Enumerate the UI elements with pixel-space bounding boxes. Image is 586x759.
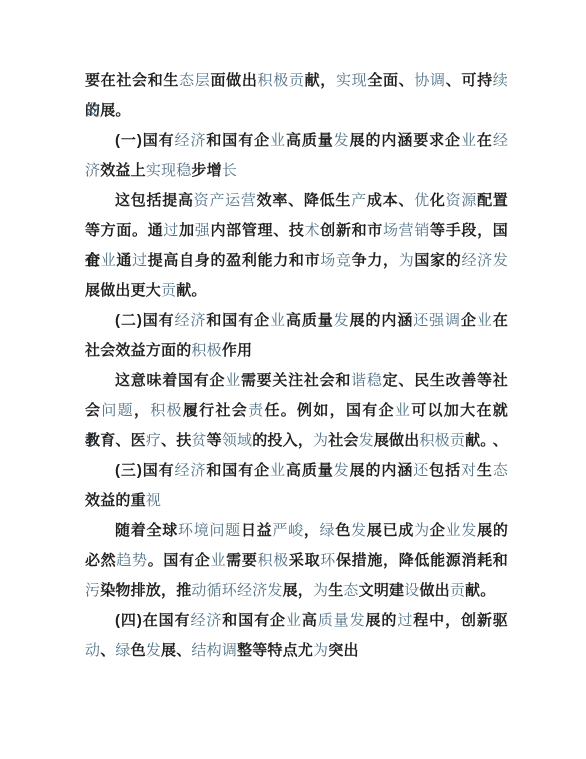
text-segment: 经济 [175,312,207,329]
text-segment: 态层 [179,72,210,89]
text-segment: 在 [477,132,493,149]
text-segment: 绿 [115,642,130,659]
text-segment: 设 [404,582,419,599]
text-segment: 经济 [175,462,207,479]
text-segment: 业 [270,462,286,479]
text-segment: 效率、降低生 [257,192,351,209]
section-heading: (三)国有经济和国有企业高质量发展的内涵还包括对生态效益的重视 [85,456,508,516]
text-segment: 定、民生改善等社 [383,372,508,389]
text-segment: 资产运营 [194,192,257,209]
text-segment: 发 [334,462,350,479]
text-segment: 动循环经济发 [191,582,282,599]
text-segment: 会 [85,402,101,419]
text-segment: ， [134,402,150,419]
text-segment: 全面、 [367,72,414,89]
text-segment: 发 [146,642,161,659]
text-segment: 过 [132,252,148,269]
text-segment: 做出 [419,582,449,599]
text-segment: 术 [305,222,321,239]
text-segment: 等方面。通 [85,222,163,239]
text-segment: 业 [477,312,493,329]
text-segment: 业 [395,402,411,419]
text-segment: 社会 [328,432,358,449]
text-line: 必然趋势。国有企业需要积极采取环保措施，降低能源消耗和 [85,546,508,576]
text-segment: 色 [335,522,351,539]
text-line: (二)国有经济和国有企业高质量发展的内涵还强调企业在 [85,306,508,336]
text-segment: 可以加大在就 [411,402,508,419]
text-segment: 必然 [85,552,116,569]
text-segment: 提高自身的盈利能力和市 [148,252,321,269]
text-segment: 积极贡 [419,432,465,449]
text-segment: 效益上 [100,162,146,179]
text-segment: 履行社会 [183,402,248,419]
text-segment: 业发 [446,522,477,539]
text-segment: 随着全球 [115,522,178,539]
text-segment: 展， [283,582,313,599]
text-segment: 国家的 [414,252,461,269]
text-segment: 长 [222,162,237,179]
text-segment: 需要 [226,552,257,569]
text-segment: 还 [413,462,429,479]
text-segment: 等 [207,432,222,449]
text-segment: 业 [270,312,286,329]
text-segment: 疗 [146,432,161,449]
text-segment: 发 [334,132,350,149]
text-segment: 领域 [222,432,252,449]
text-segment: 高 [302,612,318,629]
text-segment: 经 [493,132,508,149]
text-segment: 态 [493,462,508,479]
text-segment: 经济 [190,612,222,629]
text-segment: 展做出更大 [85,282,161,299]
text-segment: 业 [225,372,241,389]
text-segment: 趋势 [116,552,147,569]
text-segment: 产 [351,192,367,209]
text-segment: 作用 [222,342,252,359]
text-segment: 高质量 [286,462,334,479]
text-segment: 任。例如，国有企 [264,402,394,419]
text-segment: 高质量 [286,132,334,149]
text-segment: 企 [85,252,101,269]
text-segment: 态 [343,582,358,599]
text-segment: 为 [313,432,328,449]
text-segment: 染物排放，推 [100,582,191,599]
text-line: 社会效益方面的积极作用 [85,336,508,366]
text-segment: 文明建 [359,582,405,599]
text-segment: 献， [305,72,336,89]
text-segment: 采取 [289,552,320,569]
body-paragraph: 随着全球环境问题日益严峻，绿色发展已成为企业发展的必然趋势。国有企业需要积极采取… [85,516,508,606]
text-segment: 企 [461,312,477,329]
text-segment: 加 [179,222,195,239]
text-segment: 贡 [450,582,465,599]
text-segment: 展的 [366,612,398,629]
text-segment: 济 [85,162,100,179]
text-segment: 教育、医 [85,432,146,449]
text-segment: 的投入， [252,432,313,449]
text-segment: 发 [85,102,100,119]
text-segment: 积极 [150,402,183,419]
text-segment: 和国有企 [206,462,270,479]
text-segment: 献。 [465,432,495,449]
text-segment: 化 [430,192,446,209]
text-segment: 问题 [101,402,134,419]
text-segment: 、 [100,642,115,659]
text-segment: 强 [195,222,211,239]
text-segment: 质量发 [318,612,366,629]
text-segment: 企 [430,522,446,539]
text-segment: 经济 [175,132,207,149]
text-segment: 积极 [258,552,289,569]
text-segment: 在 [493,312,508,329]
text-segment: 需要关注社会和 [241,372,351,389]
text-segment: 发 [334,312,350,329]
text-line: 教育、医疗、扶贫等领域的投入，为社会发展做出积极贡献。 [85,426,508,456]
text-segment: (四)在国有 [115,612,190,629]
text-segment: 发 [359,432,374,449]
text-segment: 积极贡 [258,72,305,89]
text-segment: 积极 [191,342,221,359]
text-line: 随着全球环境问题日益严峻，绿色发展已成为企业发展的 [85,516,508,546]
text-segment: 色 [131,642,146,659]
text-line: 发展。 [85,96,508,126]
section-heading: (一)国有经济和国有企业高质量发展的内涵要求企业在经济效益上实现稳步增长 [85,126,508,186]
text-line: 会问题，积极履行社会责任。例如，国有企业可以加大在就业、 [85,396,508,426]
text-segment: 严峻 [272,522,303,539]
body-paragraph: 这包括提高资产运营效率、降低生产成本、优化资源配置等方面。通过加强内部管理、技术… [85,186,508,306]
text-segment: 污 [85,582,100,599]
text-segment: 为 [414,522,430,539]
text-segment: 献。 [465,582,495,599]
text-segment: 、可持 [446,72,493,89]
text-segment: 面做出 [210,72,257,89]
text-line: 要在社会和生态层面做出积极贡献，实现全面、协调、可持续的 [85,66,508,96]
text-segment: 业 [270,132,286,149]
text-segment: 内部管理、技 [210,222,304,239]
text-segment: 这包括提高 [115,192,194,209]
text-segment: 成本、 [367,192,414,209]
text-segment: 程中，创新驱 [413,612,508,629]
text-segment: 经济发 [461,252,508,269]
text-segment: 为 [399,252,415,269]
text-segment: 视 [146,492,161,509]
text-segment: 和国有企 [222,612,286,629]
text-line: (三)国有经济和国有企业高质量发展的内涵还包括对生态 [85,456,508,486]
text-segment: 为 [313,642,328,659]
text-segment: 展。 [100,102,130,119]
text-segment: 通 [116,252,132,269]
text-line: 这包括提高资产运营效率、降低生产成本、优化资源配置 [85,186,508,216]
text-segment: 场竞 [320,252,351,269]
text-segment: 贫 [191,432,206,449]
text-line: 企业通过提高自身的盈利能力和市场竞争力，为国家的经济发 [85,246,508,276]
text-segment: 结构调 [191,642,237,659]
text-segment: 效益的重 [85,492,146,509]
text-line: (四)在国有经济和国有企业高质量发展的过程中，创新驱 [85,606,508,636]
text-segment: 要在社会和生 [85,72,179,89]
text-segment: 业 [461,132,477,149]
body-paragraph: 这意味着国有企业需要关注社会和谐稳定、民生改善等社会问题，积极履行社会责任。例如… [85,366,508,456]
text-segment: 社会效益方面的 [85,342,191,359]
text-segment: 展的内涵要求企 [350,132,461,149]
text-segment: 展的 [477,522,508,539]
text-line: 等方面。通过加强内部管理、技术创新和市场营销等手段，国有 [85,216,508,246]
text-segment: 献。 [176,282,206,299]
text-segment: 贡 [161,282,176,299]
text-segment: 业 [210,552,226,569]
document-page: 要在社会和生态层面做出积极贡献，实现全面、协调、可持续的发展。(一)国有经济和国… [0,0,586,759]
text-segment: (三)国有 [115,462,175,479]
text-segment: ， [304,522,320,539]
text-line: 效益的重视 [85,486,508,516]
text-segment: 突出 [328,642,358,659]
text-segment: 配置 [477,192,508,209]
text-segment: 。国有企 [148,552,211,569]
text-line: 这意味着国有企业需要关注社会和谐稳定、民生改善等社 [85,366,508,396]
text-segment: 高质量 [286,312,334,329]
text-segment: 协调 [414,72,445,89]
text-segment: 场营销 [383,222,430,239]
text-segment: 对 [461,462,477,479]
text-segment: 过 [163,222,179,239]
text-segment: 绿 [320,522,336,539]
text-segment: 资源 [446,192,477,209]
text-segment: 续 [493,72,508,89]
text-segment: 展、 [161,642,191,659]
text-segment: 实现稳 [146,162,192,179]
text-segment: 生 [328,582,343,599]
text-segment: 为 [313,582,328,599]
text-segment: 业 [286,612,302,629]
text-line: 污染物排放，推动循环经济发展，为生态文明建设做出贡献。 [85,576,508,606]
text-segment: 环境问题 [178,522,241,539]
text-segment: 整等特点尤 [237,642,313,659]
section-heading: (二)国有经济和国有企业高质量发展的内涵还强调企业在社会效益方面的积极作用 [85,306,508,366]
text-segment: 展做出 [374,432,420,449]
text-segment: 步增 [191,162,221,179]
text-segment: 谐稳 [351,372,382,389]
text-segment: 日益 [241,522,272,539]
section-heading: (四)在国有经济和国有企业高质量发展的过程中，创新驱动、绿色发展、结构调整等特点… [85,606,508,666]
text-segment: 争力， [352,252,399,269]
text-segment: 责 [248,402,264,419]
text-segment: 和国有企 [206,312,270,329]
text-segment: 环 [320,552,336,569]
text-segment: 优 [414,192,430,209]
text-segment: 这意味着国有企 [115,372,225,389]
text-segment: 业 [101,252,117,269]
text-segment: (二)国有 [115,312,175,329]
text-segment: 包括 [429,462,461,479]
text-segment: 展的内涵 [350,312,414,329]
text-segment: 生 [477,462,493,479]
body-paragraph: 要在社会和生态层面做出积极贡献，实现全面、协调、可持续的发展。 [85,66,508,126]
text-segment: (一)国有 [115,132,175,149]
text-line: 动、绿色发展、结构调整等特点尤为突出 [85,636,508,666]
text-line: 展做出更大贡献。 [85,276,508,306]
text-segment: 发 [351,522,367,539]
text-segment: 动 [85,642,100,659]
text-segment: 、扶 [161,432,191,449]
text-line: 济效益上实现稳步增长 [85,156,508,186]
text-segment: 保措施，降低能源消耗和 [336,552,508,569]
text-segment: 实现 [336,72,367,89]
text-segment: 过 [397,612,413,629]
text-segment: 展的内涵 [350,462,414,479]
text-segment: 还强调 [413,312,461,329]
text-segment: 展已成 [367,522,414,539]
text-line: (一)国有经济和国有企业高质量发展的内涵要求企业在经 [85,126,508,156]
text-segment: 创新和市 [320,222,383,239]
text-segment: 和国有企 [206,132,270,149]
